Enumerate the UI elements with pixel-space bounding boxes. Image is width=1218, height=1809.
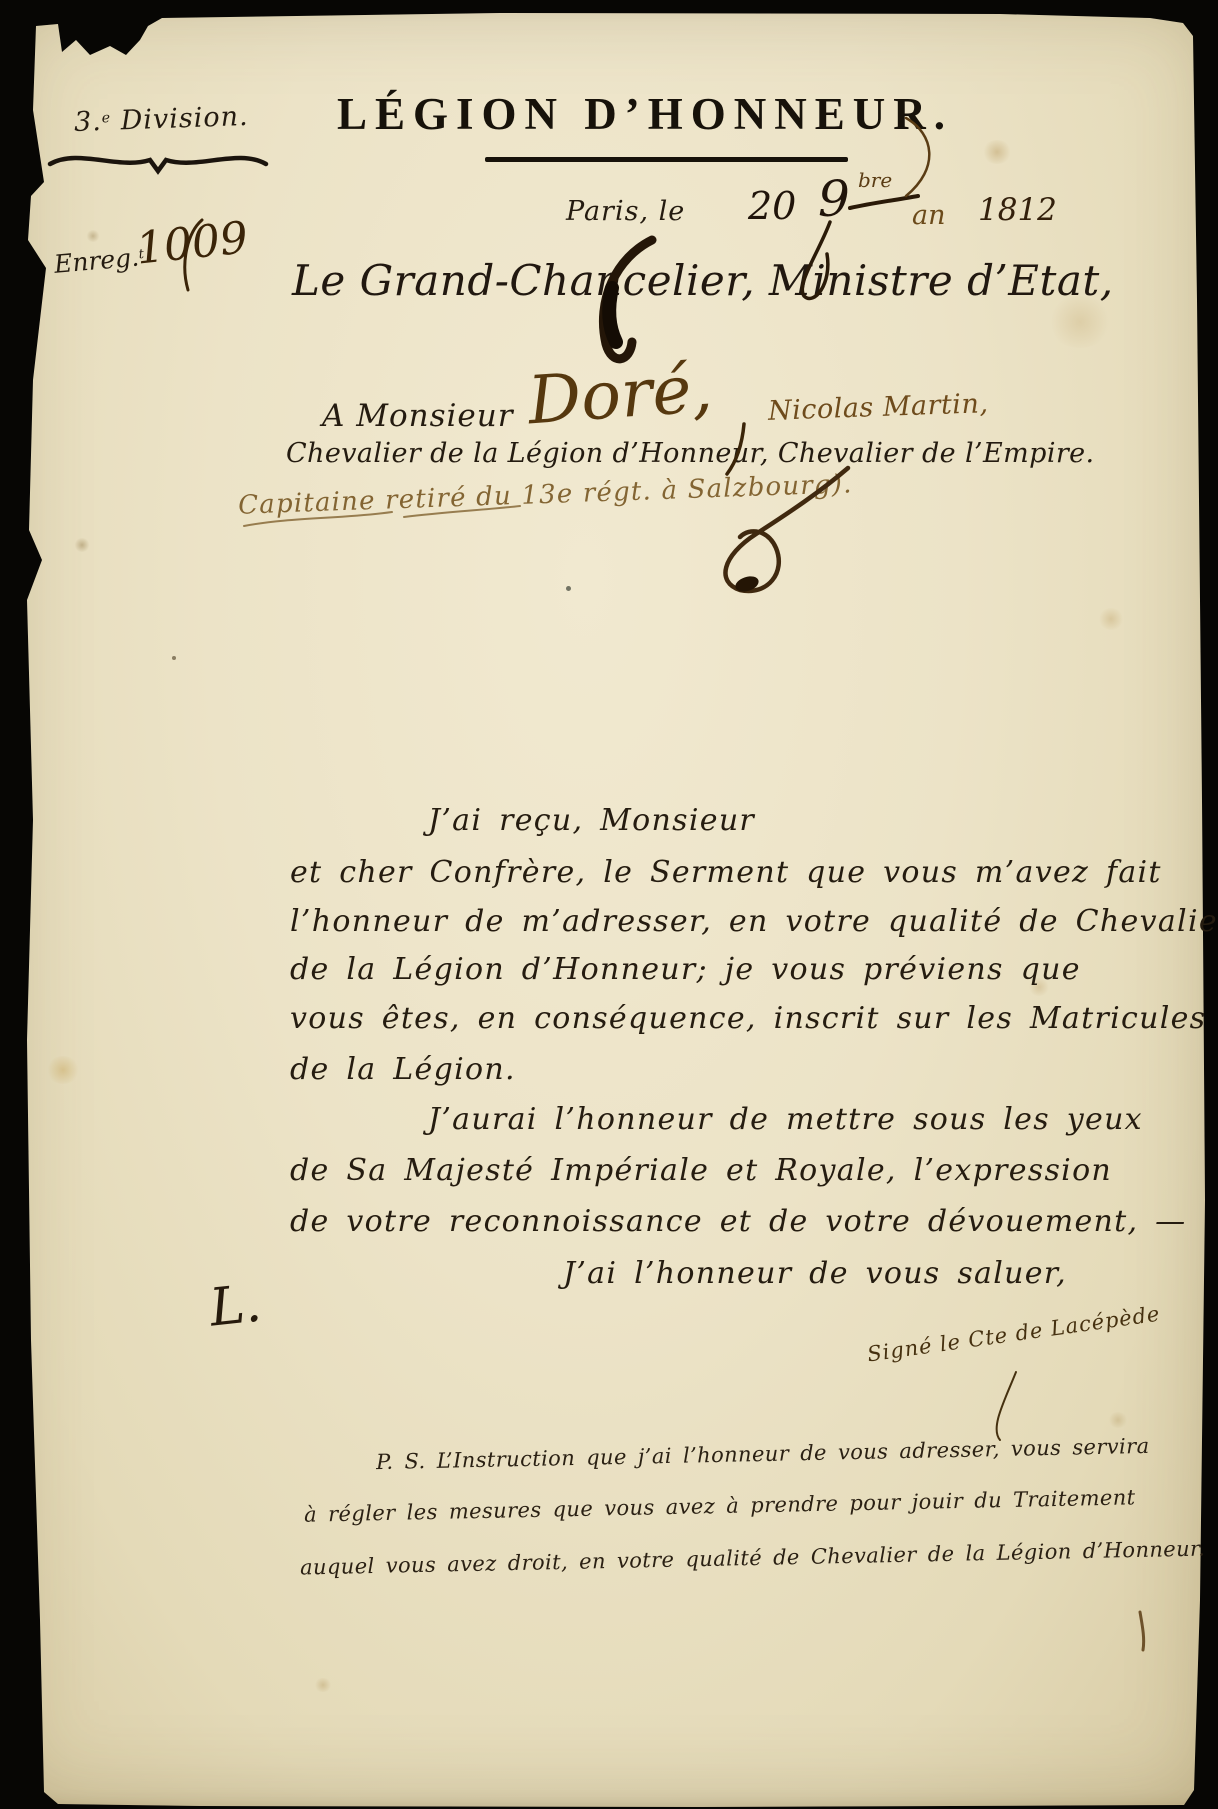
title-rule — [485, 157, 848, 162]
division-superscript: e — [101, 110, 111, 126]
paraph-mark: L. — [207, 1273, 264, 1338]
recipient-titles: Chevalier de la Légion d’Honneur, Cheval… — [286, 438, 1095, 469]
dateline-day: 20 — [748, 184, 796, 228]
division-label: 3.e Division. — [74, 101, 250, 138]
division-word: Division. — [120, 101, 249, 136]
body-line: vous êtes, en conséquence, inscrit sur l… — [290, 1001, 1206, 1036]
dateline-place: Paris, le — [566, 196, 685, 227]
recipient-surname: Doré, — [526, 350, 715, 440]
division-number: 3. — [74, 106, 103, 138]
body-line: J’aurai l’honneur de mettre sous les yeu… — [428, 1102, 1143, 1137]
dateline-an-word: an — [912, 200, 946, 231]
dateline-year: 1812 — [978, 192, 1057, 228]
dateline-month: 9 — [818, 170, 850, 228]
body-line: de la Légion. — [290, 1052, 516, 1087]
body-line: de votre reconnoissance et de votre dévo… — [290, 1204, 1186, 1239]
salutation: A Monsieur — [322, 398, 514, 434]
body-line: de la Légion d’Honneur; je vous préviens… — [290, 952, 1081, 987]
page-title: LÉGION D’HONNEUR. — [337, 88, 953, 140]
body-line: J’ai reçu, Monsieur — [428, 803, 755, 838]
body-line: de Sa Majesté Impériale et Royale, l’exp… — [290, 1153, 1112, 1188]
closing-line: J’ai l’honneur de vous saluer, — [563, 1256, 1067, 1291]
sender-line: Le Grand-Chancelier, Ministre d’Etat, — [292, 256, 1114, 305]
body-line: l’honneur de m’adresser, en votre qualit… — [290, 904, 1218, 939]
body-line: et cher Confrère, le Serment que vous m’… — [290, 855, 1162, 890]
dateline-month-superscript: bre — [858, 168, 892, 192]
scanned-letter: 3.e Division. LÉGION D’HONNEUR. Paris, l… — [0, 0, 1218, 1809]
